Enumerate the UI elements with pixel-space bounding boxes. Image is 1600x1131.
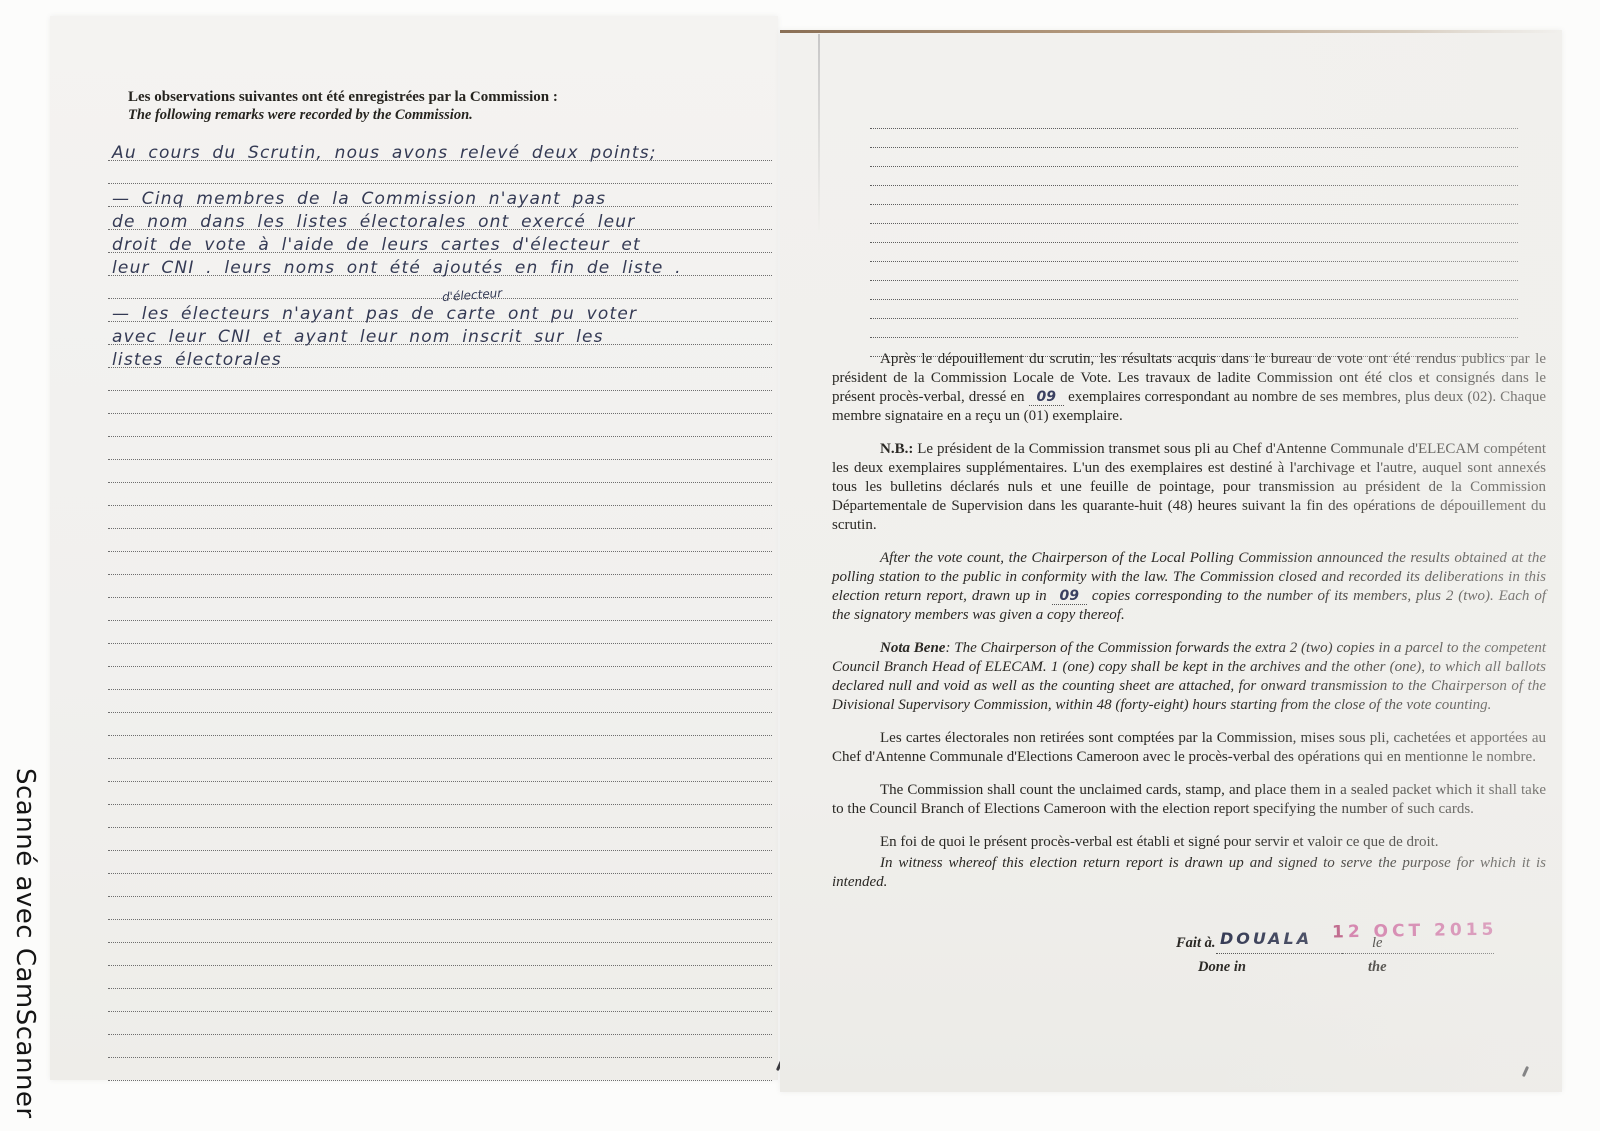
ruled-line (870, 205, 1518, 224)
handwritten-line: — Cinq membres de la Commission n'ayant … (112, 189, 606, 209)
ruled-line (870, 243, 1518, 262)
ruled-line (108, 690, 772, 713)
ruled-line (108, 575, 772, 598)
ruled-line (108, 276, 772, 299)
handwritten-line: listes électorales (112, 350, 282, 370)
camscanner-watermark: Scanné avec CamScanner (10, 768, 40, 1119)
handwritten-copy-count: 09 (1029, 389, 1064, 406)
ruled-line (870, 129, 1518, 148)
ruled-line (108, 529, 772, 552)
ruled-line (108, 966, 772, 989)
paragraph: N.B.: Le président de la Commission tran… (832, 440, 1546, 535)
ruled-line (108, 598, 772, 621)
scanned-document: { "watermark": { "text": "Scanné avec Ca… (0, 0, 1600, 1131)
ruled-line (108, 667, 772, 690)
paragraph: The Commission shall count the unclaimed… (832, 781, 1546, 819)
page-right: Après le dépouillement du scrutin, les r… (780, 30, 1562, 1092)
ruled-line: droit de vote à l'aide de leurs cartes d… (108, 230, 772, 253)
paragraph: En foi de quoi le présent procès-verbal … (832, 833, 1546, 852)
ruled-line (108, 736, 772, 759)
paragraph: In witness whereof this election return … (832, 854, 1546, 892)
ruled-line (870, 262, 1518, 281)
ruled-line (108, 943, 772, 966)
ruled-line (108, 874, 772, 897)
date-stamp: 12 OCT 2015 (1332, 920, 1498, 943)
ruled-line (108, 391, 772, 414)
ruled-line (108, 1058, 772, 1081)
page-left-edge-shadow (818, 34, 820, 234)
handwritten-copy-count: 09 (1052, 588, 1087, 605)
ruled-line (108, 897, 772, 920)
ruled-line (870, 148, 1518, 167)
page-left: Les observations suivantes ont été enreg… (50, 16, 778, 1080)
signature-block: Fait à. DOUALA le 12 OCT 2015 Done in th… (780, 925, 1562, 1005)
ruled-line (108, 621, 772, 644)
ruled-line (108, 460, 772, 483)
handwritten-line: droit de vote à l'aide de leurs cartes d… (112, 235, 641, 255)
ruled-line (108, 437, 772, 460)
ruled-line (870, 167, 1518, 186)
ruled-line (108, 644, 772, 667)
observations-heading-fr: Les observations suivantes ont été enreg… (128, 88, 648, 106)
ruled-line: leur CNI . leurs noms ont été ajoutés en… (108, 253, 772, 276)
ruled-line (108, 828, 772, 851)
paragraph: After the vote count, the Chairperson of… (832, 549, 1546, 625)
ruled-line (870, 110, 1518, 129)
ruled-line (108, 805, 772, 828)
ruled-line (870, 224, 1518, 243)
ruled-line: — les électeurs n'ayant pas de carte ont… (108, 299, 772, 322)
pen-mark-right-page (1522, 1066, 1529, 1077)
right-paragraphs: Après le dépouillement du scrutin, les r… (832, 350, 1546, 896)
paragraph: Les cartes électorales non retirées sont… (832, 729, 1546, 767)
handwritten-place: DOUALA (1220, 929, 1312, 948)
handwritten-line: — les électeurs n'ayant pas de carte ont… (112, 304, 637, 324)
ruled-line (108, 414, 772, 437)
observations-heading-en: The following remarks were recorded by t… (128, 106, 648, 124)
handwritten-line: leur CNI . leurs noms ont été ajoutés en… (112, 258, 682, 278)
ruled-line (108, 759, 772, 782)
right-ruled-area (870, 110, 1518, 357)
ruled-line (108, 368, 772, 391)
page-top-edge (780, 30, 1562, 33)
paragraph: Après le dépouillement du scrutin, les r… (832, 350, 1546, 426)
ruled-line: de nom dans les listes électorales ont e… (108, 207, 772, 230)
date-dotted-line (1342, 953, 1494, 954)
ruled-line: avec leur CNI et ayant leur nom inscrit … (108, 322, 772, 345)
observations-heading: Les observations suivantes ont été enreg… (128, 88, 648, 124)
ruled-line (108, 1012, 772, 1035)
ruled-line (108, 506, 772, 529)
ruled-line (108, 552, 772, 575)
handwritten-line: avec leur CNI et ayant leur nom inscrit … (112, 327, 604, 347)
ruled-line (108, 161, 772, 184)
ruled-line (108, 713, 772, 736)
ruled-line: Au cours du Scrutin, nous avons relevé d… (108, 138, 772, 161)
the-label: the (1368, 959, 1387, 976)
ruled-line (108, 483, 772, 506)
handwritten-line: de nom dans les listes électorales ont e… (112, 212, 635, 232)
done-in-label: Done in (1198, 959, 1246, 976)
left-ruled-area: Au cours du Scrutin, nous avons relevé d… (108, 138, 772, 1081)
ruled-line (108, 782, 772, 805)
paragraph: Nota Bene: The Chairperson of the Commis… (832, 639, 1546, 715)
ruled-line: — Cinq membres de la Commission n'ayant … (108, 184, 772, 207)
ruled-line (108, 1035, 772, 1058)
ruled-line (108, 920, 772, 943)
fait-a-label: Fait à. (1176, 935, 1215, 952)
ruled-line (870, 281, 1518, 300)
ruled-line (870, 319, 1518, 338)
ruled-line (870, 186, 1518, 205)
ruled-line (108, 851, 772, 874)
ruled-line: listes électorales (108, 345, 772, 368)
handwritten-line: Au cours du Scrutin, nous avons relevé d… (112, 143, 657, 163)
ruled-line (870, 300, 1518, 319)
ruled-line (108, 989, 772, 1012)
